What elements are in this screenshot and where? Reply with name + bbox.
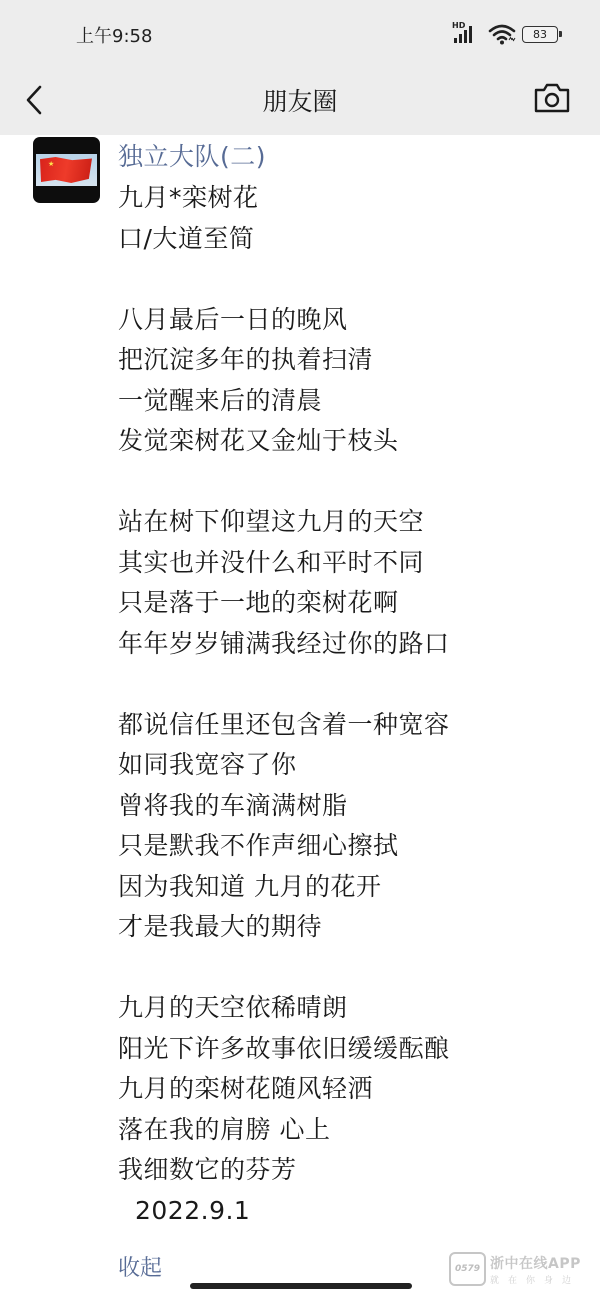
- post-line: 一觉醒来后的清晨: [118, 381, 578, 422]
- watermark: 0579 浙中在线APP 就在你身边: [449, 1252, 581, 1286]
- collapse-link[interactable]: 收起: [118, 1251, 162, 1282]
- post-line: 我细数它的芬芳: [118, 1150, 578, 1191]
- post-line: 年年岁岁铺满我经过你的路口: [118, 624, 578, 665]
- watermark-logo-icon: 0579: [449, 1252, 486, 1286]
- status-icons: HD 83: [452, 22, 558, 46]
- post-line: 因为我知道 九月的花开: [118, 867, 578, 908]
- wifi-icon: [488, 23, 516, 45]
- network-hd-label: HD: [452, 21, 465, 30]
- post-line: 曾将我的车滴满树脂: [118, 786, 578, 827]
- status-time: 上午9:58: [76, 22, 152, 48]
- status-bar: 上午9:58 HD 83: [0, 0, 600, 70]
- post-date: 2022.9.1: [118, 1191, 578, 1232]
- avatar[interactable]: ★: [33, 137, 100, 203]
- avatar-image: ★: [36, 154, 97, 186]
- post-line: 其实也并没什么和平时不同: [118, 543, 578, 584]
- post-line: 八月最后一日的晚风: [118, 300, 578, 341]
- page-title: 朋友圈: [0, 82, 600, 118]
- post-line: 只是默我不作声细心擦拭: [118, 826, 578, 867]
- post-line: 都说信任里还包含着一种宽容: [118, 705, 578, 746]
- post-content: 九月*栾树花 口/大道至简 八月最后一日的晚风 把沉淀多年的执着扫清 一觉醒来后…: [118, 178, 578, 1231]
- home-indicator[interactable]: [190, 1283, 412, 1289]
- blank-line: [118, 259, 578, 300]
- author-name[interactable]: 独立大队(二): [118, 137, 266, 173]
- post-line: 只是落于一地的栾树花啊: [118, 583, 578, 624]
- post-line: 九月的栾树花随风轻洒: [118, 1069, 578, 1110]
- post-line: 九月*栾树花: [118, 178, 578, 219]
- post-line: 阳光下许多故事依旧缓缓酝酿: [118, 1029, 578, 1070]
- camera-button[interactable]: [532, 80, 572, 116]
- battery-level: 83: [533, 28, 547, 41]
- cellular-signal-icon: HD: [452, 23, 482, 45]
- blank-line: [118, 462, 578, 503]
- watermark-text: 浙中在线APP 就在你身边: [490, 1253, 581, 1286]
- post-line: 站在树下仰望这九月的天空: [118, 502, 578, 543]
- post-line: 如同我宽容了你: [118, 745, 578, 786]
- post-line: 落在我的肩膀 心上: [118, 1110, 578, 1151]
- post-line: 口/大道至简: [118, 219, 578, 260]
- top-area: 上午9:58 HD 83: [0, 0, 600, 135]
- post-line: 九月的天空依稀晴朗: [118, 988, 578, 1029]
- watermark-title: 浙中在线APP: [490, 1253, 581, 1273]
- post-line: 发觉栾树花又金灿于枝头: [118, 421, 578, 462]
- post-line: 才是我最大的期待: [118, 907, 578, 948]
- camera-icon: [532, 80, 572, 116]
- nav-bar: 朋友圈: [0, 70, 600, 130]
- battery-indicator: 83: [522, 26, 558, 43]
- watermark-subtitle: 就在你身边: [490, 1273, 581, 1286]
- blank-line: [118, 948, 578, 989]
- blank-line: [118, 664, 578, 705]
- red-flag-icon: ★: [40, 157, 92, 183]
- post-line: 把沉淀多年的执着扫清: [118, 340, 578, 381]
